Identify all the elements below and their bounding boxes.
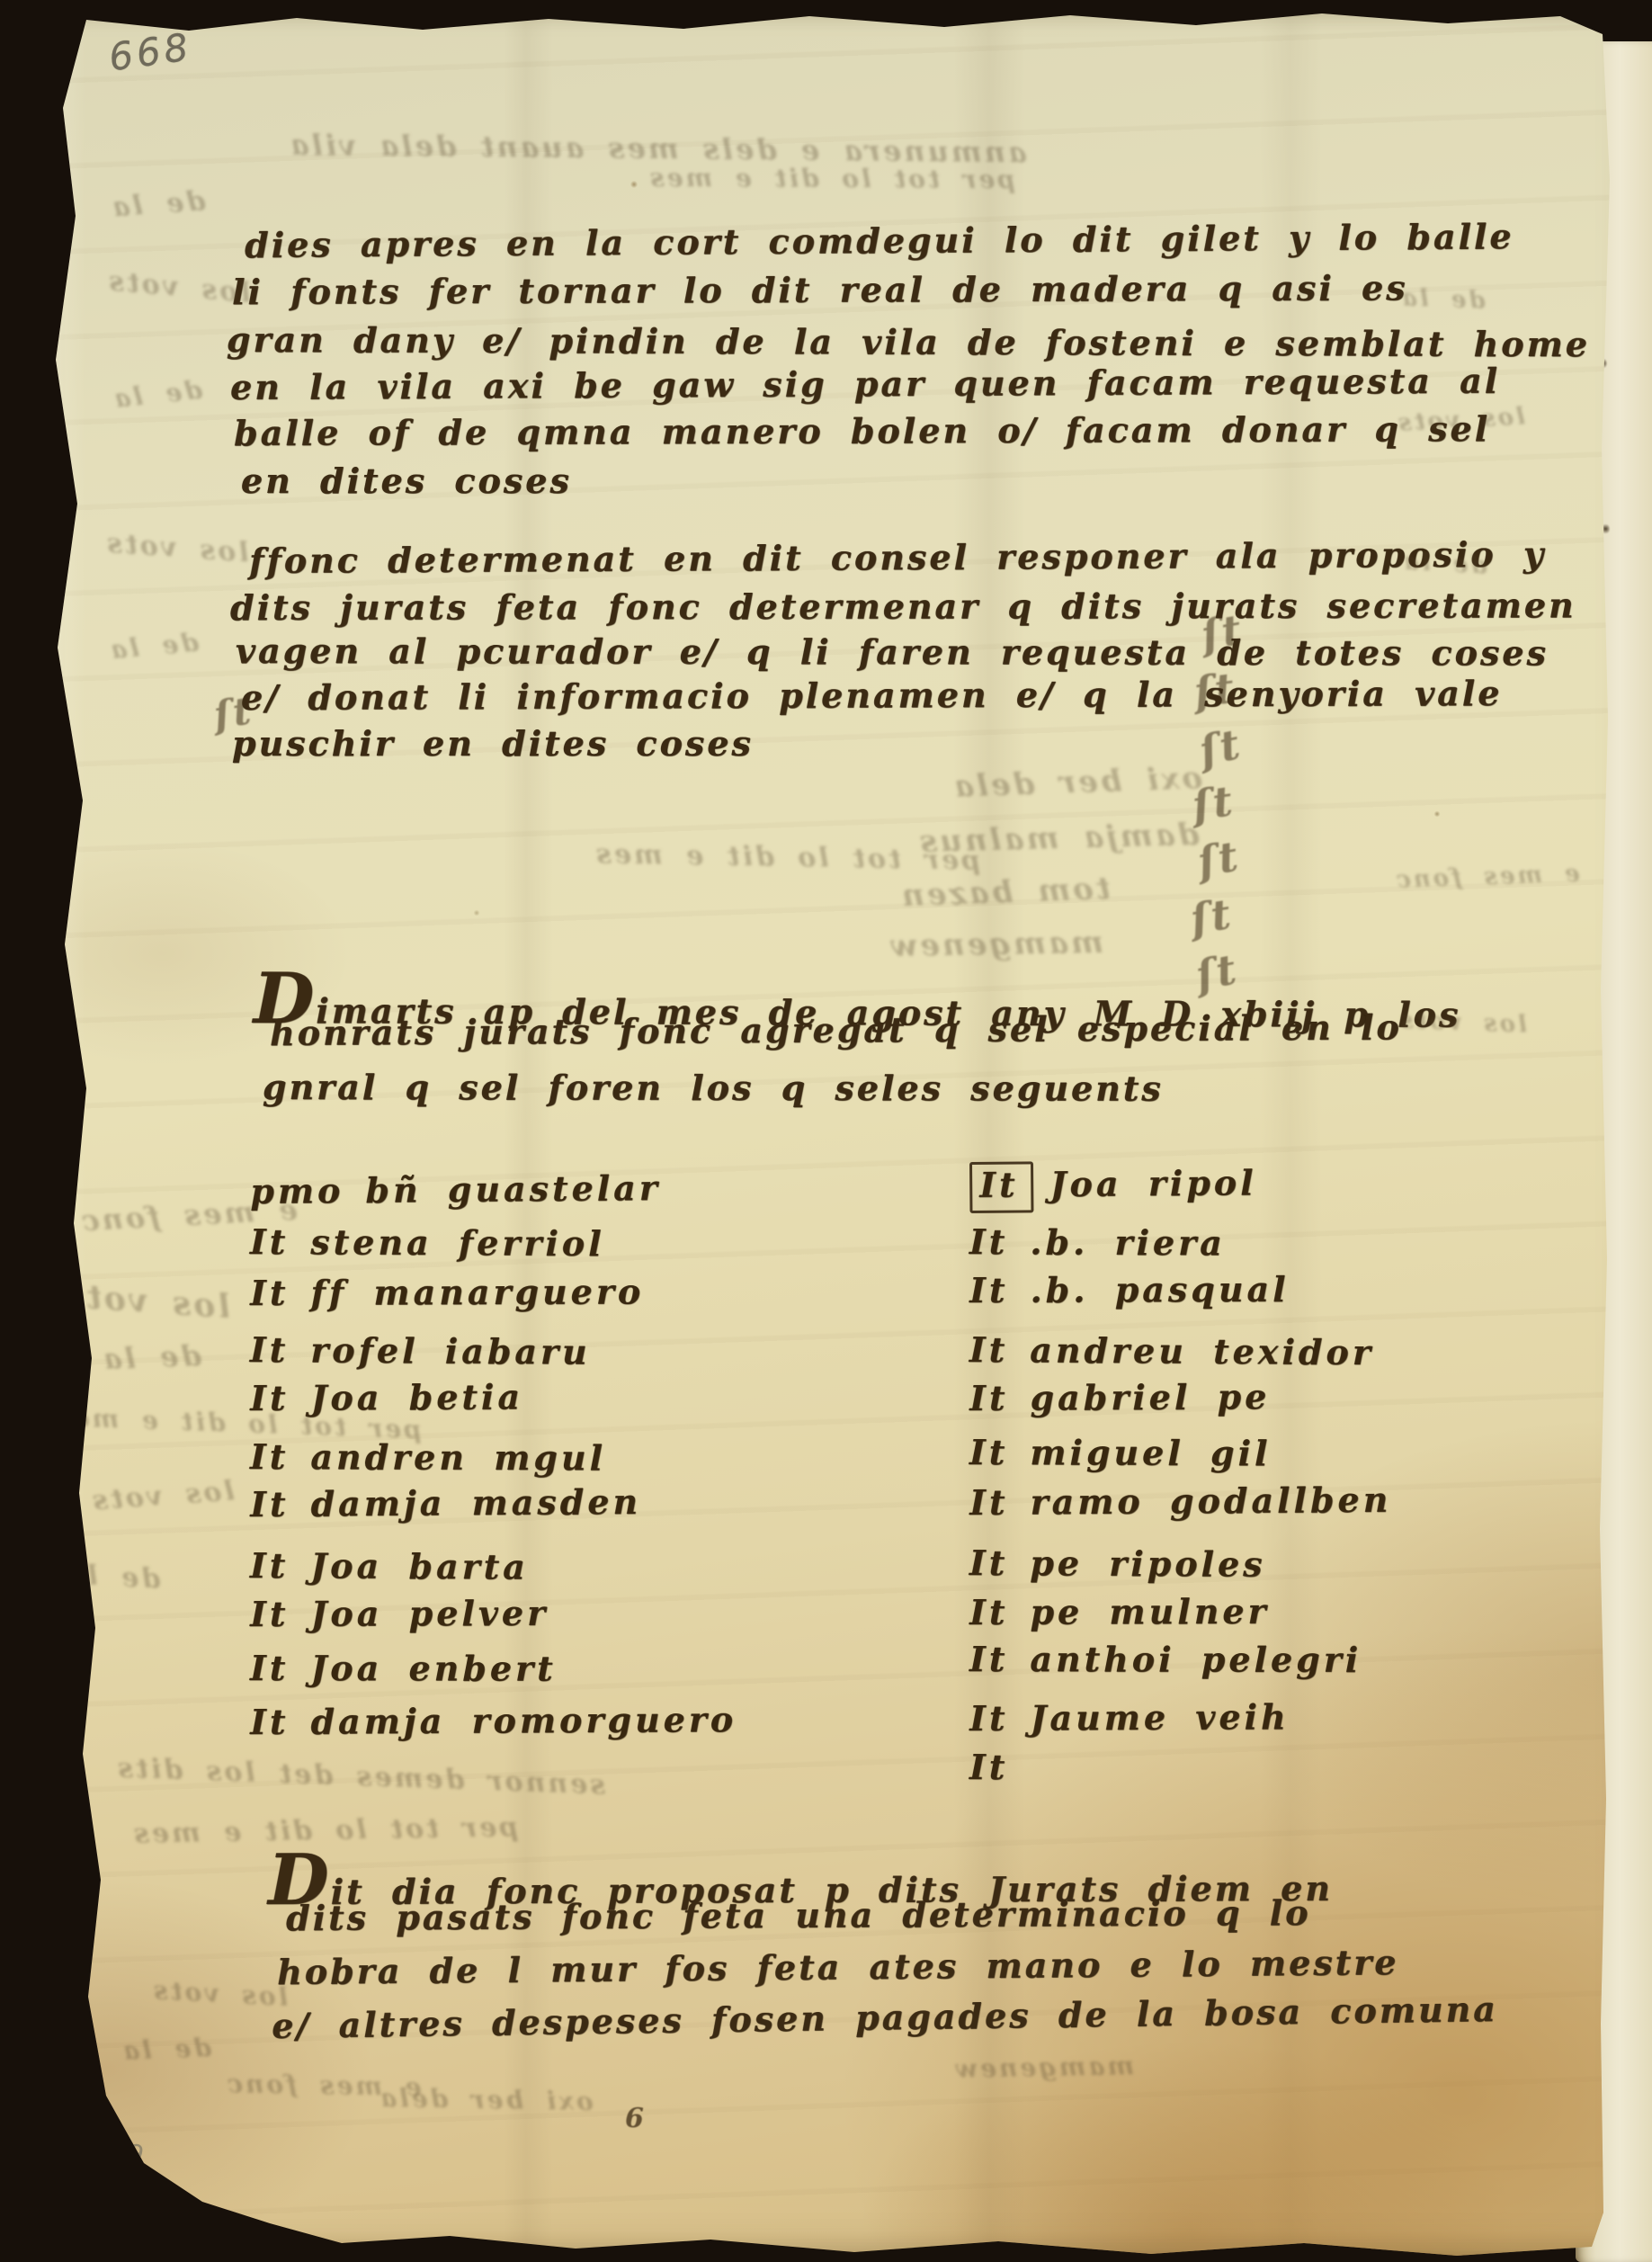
name-row-right-3: It.b. pasqual (969, 1269, 1290, 1310)
bleedthrough-text: de la (107, 628, 200, 666)
juror-name: ramo godallben (1030, 1480, 1391, 1523)
name-row-left-3: Itff manarguero (250, 1271, 644, 1313)
juror-name: ff manarguero (310, 1271, 644, 1312)
paragraph1-line-5: balle of de qmna manero bolen o/ facam d… (234, 410, 1490, 452)
name-row-right-6: Itmiguel gil (969, 1432, 1272, 1473)
bleedthrough-text: de la (1400, 549, 1487, 580)
name-row-right-10: Itanthoi pelegri (969, 1639, 1362, 1680)
bleedthrough-text: ſt (211, 688, 256, 738)
paragraph3-line-2: honrats jurats fonc agregat q sel especi… (270, 1008, 1402, 1051)
juror-name: Joa enbert (310, 1648, 556, 1688)
name-row-left-10: ItJoa enbert (250, 1648, 557, 1689)
name-row-right-5: Itgabriel pe (969, 1376, 1270, 1418)
name-row-left-1: pmobñ guastelar (250, 1167, 661, 1211)
name-row-right-11: ItJaume veih (969, 1696, 1290, 1739)
item-marker: It (250, 1648, 289, 1688)
item-marker: It (969, 1747, 1008, 1787)
item-marker: It (969, 1432, 1008, 1472)
juror-name: rofel iabaru (310, 1329, 591, 1372)
paragraph1-line-6: en dites coses (241, 462, 572, 500)
juror-name: andren mgul (310, 1436, 606, 1478)
name-row-right-2: It.b. riera (969, 1221, 1226, 1263)
name-row-right-9: Itpe mulner (969, 1591, 1270, 1632)
juror-name: stena ferriol (310, 1221, 605, 1264)
juror-name: .b. pasqual (1030, 1269, 1289, 1310)
item-marker: It (250, 1545, 290, 1586)
item-marker: It (969, 1592, 1008, 1632)
item-marker: It (250, 1594, 289, 1634)
paragraph4-line-4: e/ altres despeses fosen pagades de la b… (272, 1990, 1498, 2045)
name-row-right-1: ItJoa ripol (969, 1159, 1257, 1213)
manuscript-scan: { "page": { "archive_number_top": "668",… (0, 0, 1652, 2262)
bleedthrough-text: de la (120, 2033, 211, 2066)
name-row-left-9: ItJoa pelver (250, 1593, 549, 1634)
item-marker: It (969, 1161, 1034, 1213)
item-marker: It (969, 1698, 1009, 1739)
juror-name: damja romorguero (310, 1699, 737, 1741)
juror-name: .b. riera (1030, 1221, 1226, 1263)
name-row-left-6: Itandren mgul (250, 1436, 606, 1478)
name-row-left-4: Itrofel iabaru (250, 1329, 591, 1372)
item-marker: It (969, 1482, 1009, 1523)
bleedthrough-text: ſt (1192, 663, 1239, 716)
paragraph2-line-2: dits jurats feta fonc determenar q dits … (230, 586, 1576, 626)
item-marker: It (250, 1273, 289, 1313)
item-marker: It (969, 1221, 1009, 1262)
name-row-right-12: It (969, 1747, 1030, 1787)
juror-name: Jaume veih (1030, 1696, 1289, 1739)
bleedthrough-text: de la (109, 185, 207, 223)
bleedthrough-text: los vots (1398, 1006, 1528, 1038)
paragraph1-line-2: li fonts fer tornar lo dit real de mader… (232, 269, 1408, 310)
paraph-mark: 6 (625, 2103, 644, 2134)
bleedthrough-text: oxi ber dela (378, 2083, 594, 2116)
item-marker: It (969, 1329, 1009, 1370)
manuscript-page: 668 661 dies apres en la cort comdegui l… (0, 0, 1652, 2262)
bleedthrough-text: los vots (89, 1475, 236, 1516)
name-row-right-7: Itramo godallben (969, 1480, 1391, 1523)
juror-name: andreu texidor (1030, 1329, 1374, 1372)
bleedthrough-text: ſt (1189, 776, 1237, 830)
bleedthrough-text: ſt (1194, 831, 1245, 886)
item-marker: It (250, 1484, 290, 1524)
item-marker: It (969, 1378, 1009, 1418)
juror-name: miguel gil (1030, 1432, 1271, 1473)
bleedthrough-text: los vots (150, 1975, 289, 2012)
page-number-pencil: 668 (106, 24, 194, 79)
juror-name: bñ guastelar (365, 1167, 661, 1211)
bleedthrough-text: los vots (62, 1277, 232, 1327)
bleedthrough-text: ſt (1187, 890, 1237, 944)
juror-name: Joa pelver (310, 1593, 549, 1634)
juror-name: pe mulner (1030, 1591, 1269, 1632)
bleedthrough-text: de la (100, 1338, 201, 1376)
paragraph4-line-3: hobra de l mur fos feta ates mano e lo m… (277, 1944, 1399, 1991)
bleedthrough-text: de la (64, 1559, 161, 1596)
bleedthrough-text: oxi ber dela (951, 760, 1202, 805)
name-row-left-8: ItJoa barta (250, 1545, 529, 1587)
paragraph2-line-3: vagen al pcurador e/ q li faren requesta… (236, 632, 1549, 672)
juror-name: anthoi pelegri (1030, 1639, 1362, 1680)
paragraph1-line-3: gran dany e/ pindin de la vila de fosten… (227, 321, 1590, 363)
paragraph1-line-1: dies apres en la cort comdegui lo dit gi… (245, 218, 1514, 264)
bleedthrough-text: los vots (1395, 403, 1525, 436)
bleedthrough-text: tom bazen (898, 871, 1111, 914)
name-row-left-7: Itdamja masden (250, 1481, 641, 1524)
bleedthrough-text: ſt (1195, 720, 1246, 776)
name-row-right-8: Itpe ripoles (969, 1542, 1266, 1585)
bleedthrough-text: ſt (1198, 604, 1248, 659)
bleedthrough-text: de la (111, 375, 204, 414)
bleedthrough-text: e mes fonc (1394, 860, 1581, 893)
name-row-left-2: Itstena ferriol (250, 1221, 605, 1264)
juror-name: Joa barta (310, 1545, 529, 1587)
bleedthrough-text: per tot lo dit e mes (594, 838, 981, 877)
paragraph2-line-5: puschir en dites coses (232, 725, 754, 763)
juror-name: pe ripoles (1030, 1542, 1266, 1584)
bleedthrough-text: mamgenew (953, 2051, 1135, 2084)
paragraph1-line-4: en la vila axi be gaw sig par quen facam… (230, 362, 1500, 407)
bleedthrough-text: los vots (103, 527, 250, 568)
name-row-left-11: Itdamja romorguero (250, 1699, 737, 1742)
juror-name: damja masden (310, 1481, 641, 1524)
paragraph4-line-2: dits pasats fonc feta una determinacio q… (286, 1894, 1311, 1937)
page-number-pencil-inverted: 661 (80, 2132, 146, 2169)
item-marker: It (969, 1639, 1008, 1679)
bleedthrough-text: mamgenew (889, 925, 1104, 964)
bleedthrough-text: ſt (1192, 944, 1242, 1000)
item-marker: It (969, 1270, 1008, 1310)
juror-name: Joa ripol (1049, 1162, 1256, 1204)
bleedthrough-text: sennor demes det los dits (115, 1752, 606, 1801)
juror-name: gabriel pe (1030, 1376, 1270, 1417)
item-marker: It (250, 1436, 289, 1477)
item-marker: It (969, 1542, 1009, 1583)
bleedthrough-text: de la (1399, 284, 1486, 314)
name-row-right-4: Itandreu texidor (969, 1329, 1374, 1372)
bleedthrough-text: los vots (105, 265, 252, 309)
item-marker: It (250, 1329, 290, 1370)
bleedthrough-text: per tot lo dit e mes (647, 163, 1015, 194)
item-marker: It (250, 1702, 290, 1742)
paragraph2-line-4: e/ donat li informacio plenamen e/ q la … (241, 675, 1503, 717)
paragraph3-line-3: gnral q sel foren los q seles seguents (263, 1068, 1164, 1108)
paragraph2-line-1: ffonc determenat en dit consel responer … (249, 535, 1546, 579)
